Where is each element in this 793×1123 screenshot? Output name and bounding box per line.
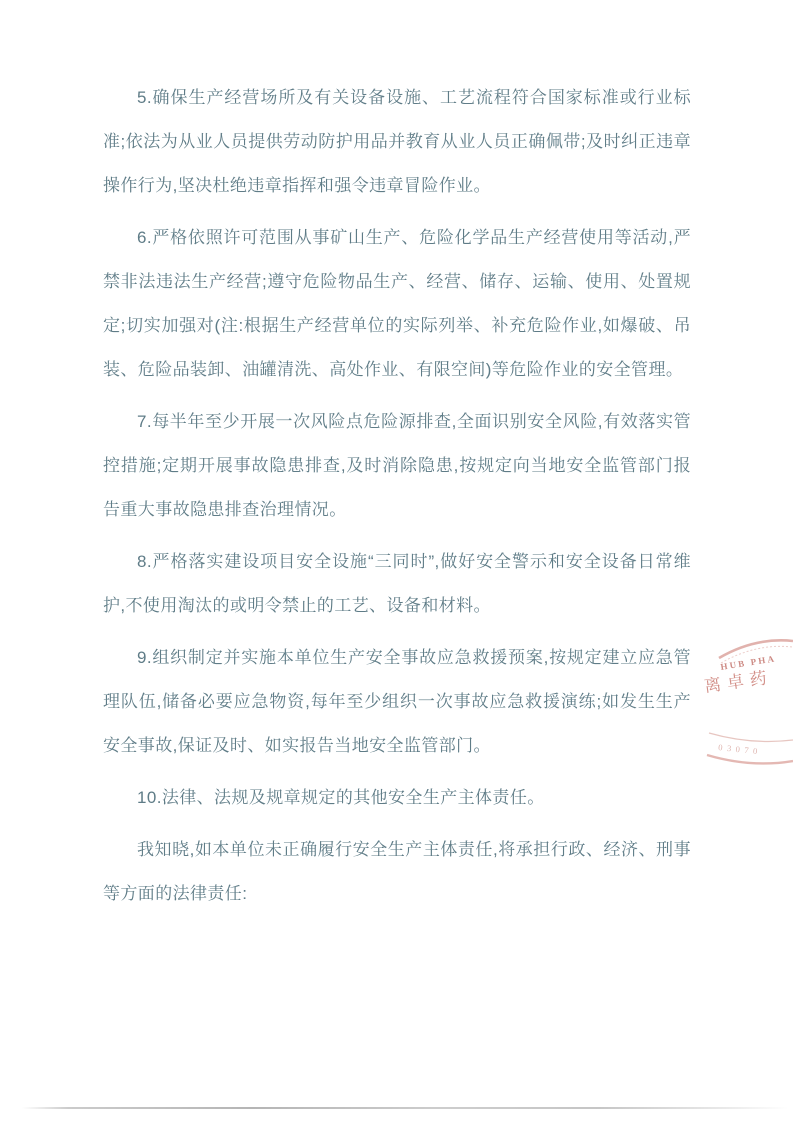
stamp-chinese-text: 离卓药 (703, 668, 774, 696)
paragraph-9: 9.组织制定并实施本单位生产安全事故应急救援预案,按规定建立应急管理队伍,储备必… (103, 636, 691, 768)
scan-artifact-line (22, 1107, 788, 1109)
paragraph-6: 6.严格依照许可范围从事矿山生产、危险化学品生产经营使用等活动,严禁非法违法生产… (103, 216, 691, 392)
stamp-number-text: 03070 (718, 742, 763, 757)
closing-statement: 我知晓,如本单位未正确履行安全生产主体责任,将承担行政、经济、刑事等方面的法律责… (103, 828, 691, 916)
paragraph-8: 8.严格落实建设项目安全设施“三同时”,做好安全警示和安全设备日常维护,不使用淘… (103, 540, 691, 628)
scanned-document-page: 5.确保生产经营场所及有关设备设施、工艺流程符合国家标准或行业标准;依法为从业人… (0, 0, 793, 1123)
paragraph-7: 7.每半年至少开展一次风险点危险源排查,全面识别安全风险,有效落实管控措施;定期… (103, 400, 691, 532)
stamp-bottom-arc (707, 755, 793, 763)
company-seal-stamp-icon: HUB PHA 离卓药 03070 (699, 632, 793, 777)
stamp-bottom-arc-inner (709, 733, 793, 741)
paragraph-10: 10.法律、法规及规章规定的其他安全生产主体责任。 (103, 776, 691, 820)
document-body: 5.确保生产经营场所及有关设备设施、工艺流程符合国家标准或行业标准;依法为从业人… (103, 76, 691, 924)
paragraph-5: 5.确保生产经营场所及有关设备设施、工艺流程符合国家标准或行业标准;依法为从业人… (103, 76, 691, 208)
